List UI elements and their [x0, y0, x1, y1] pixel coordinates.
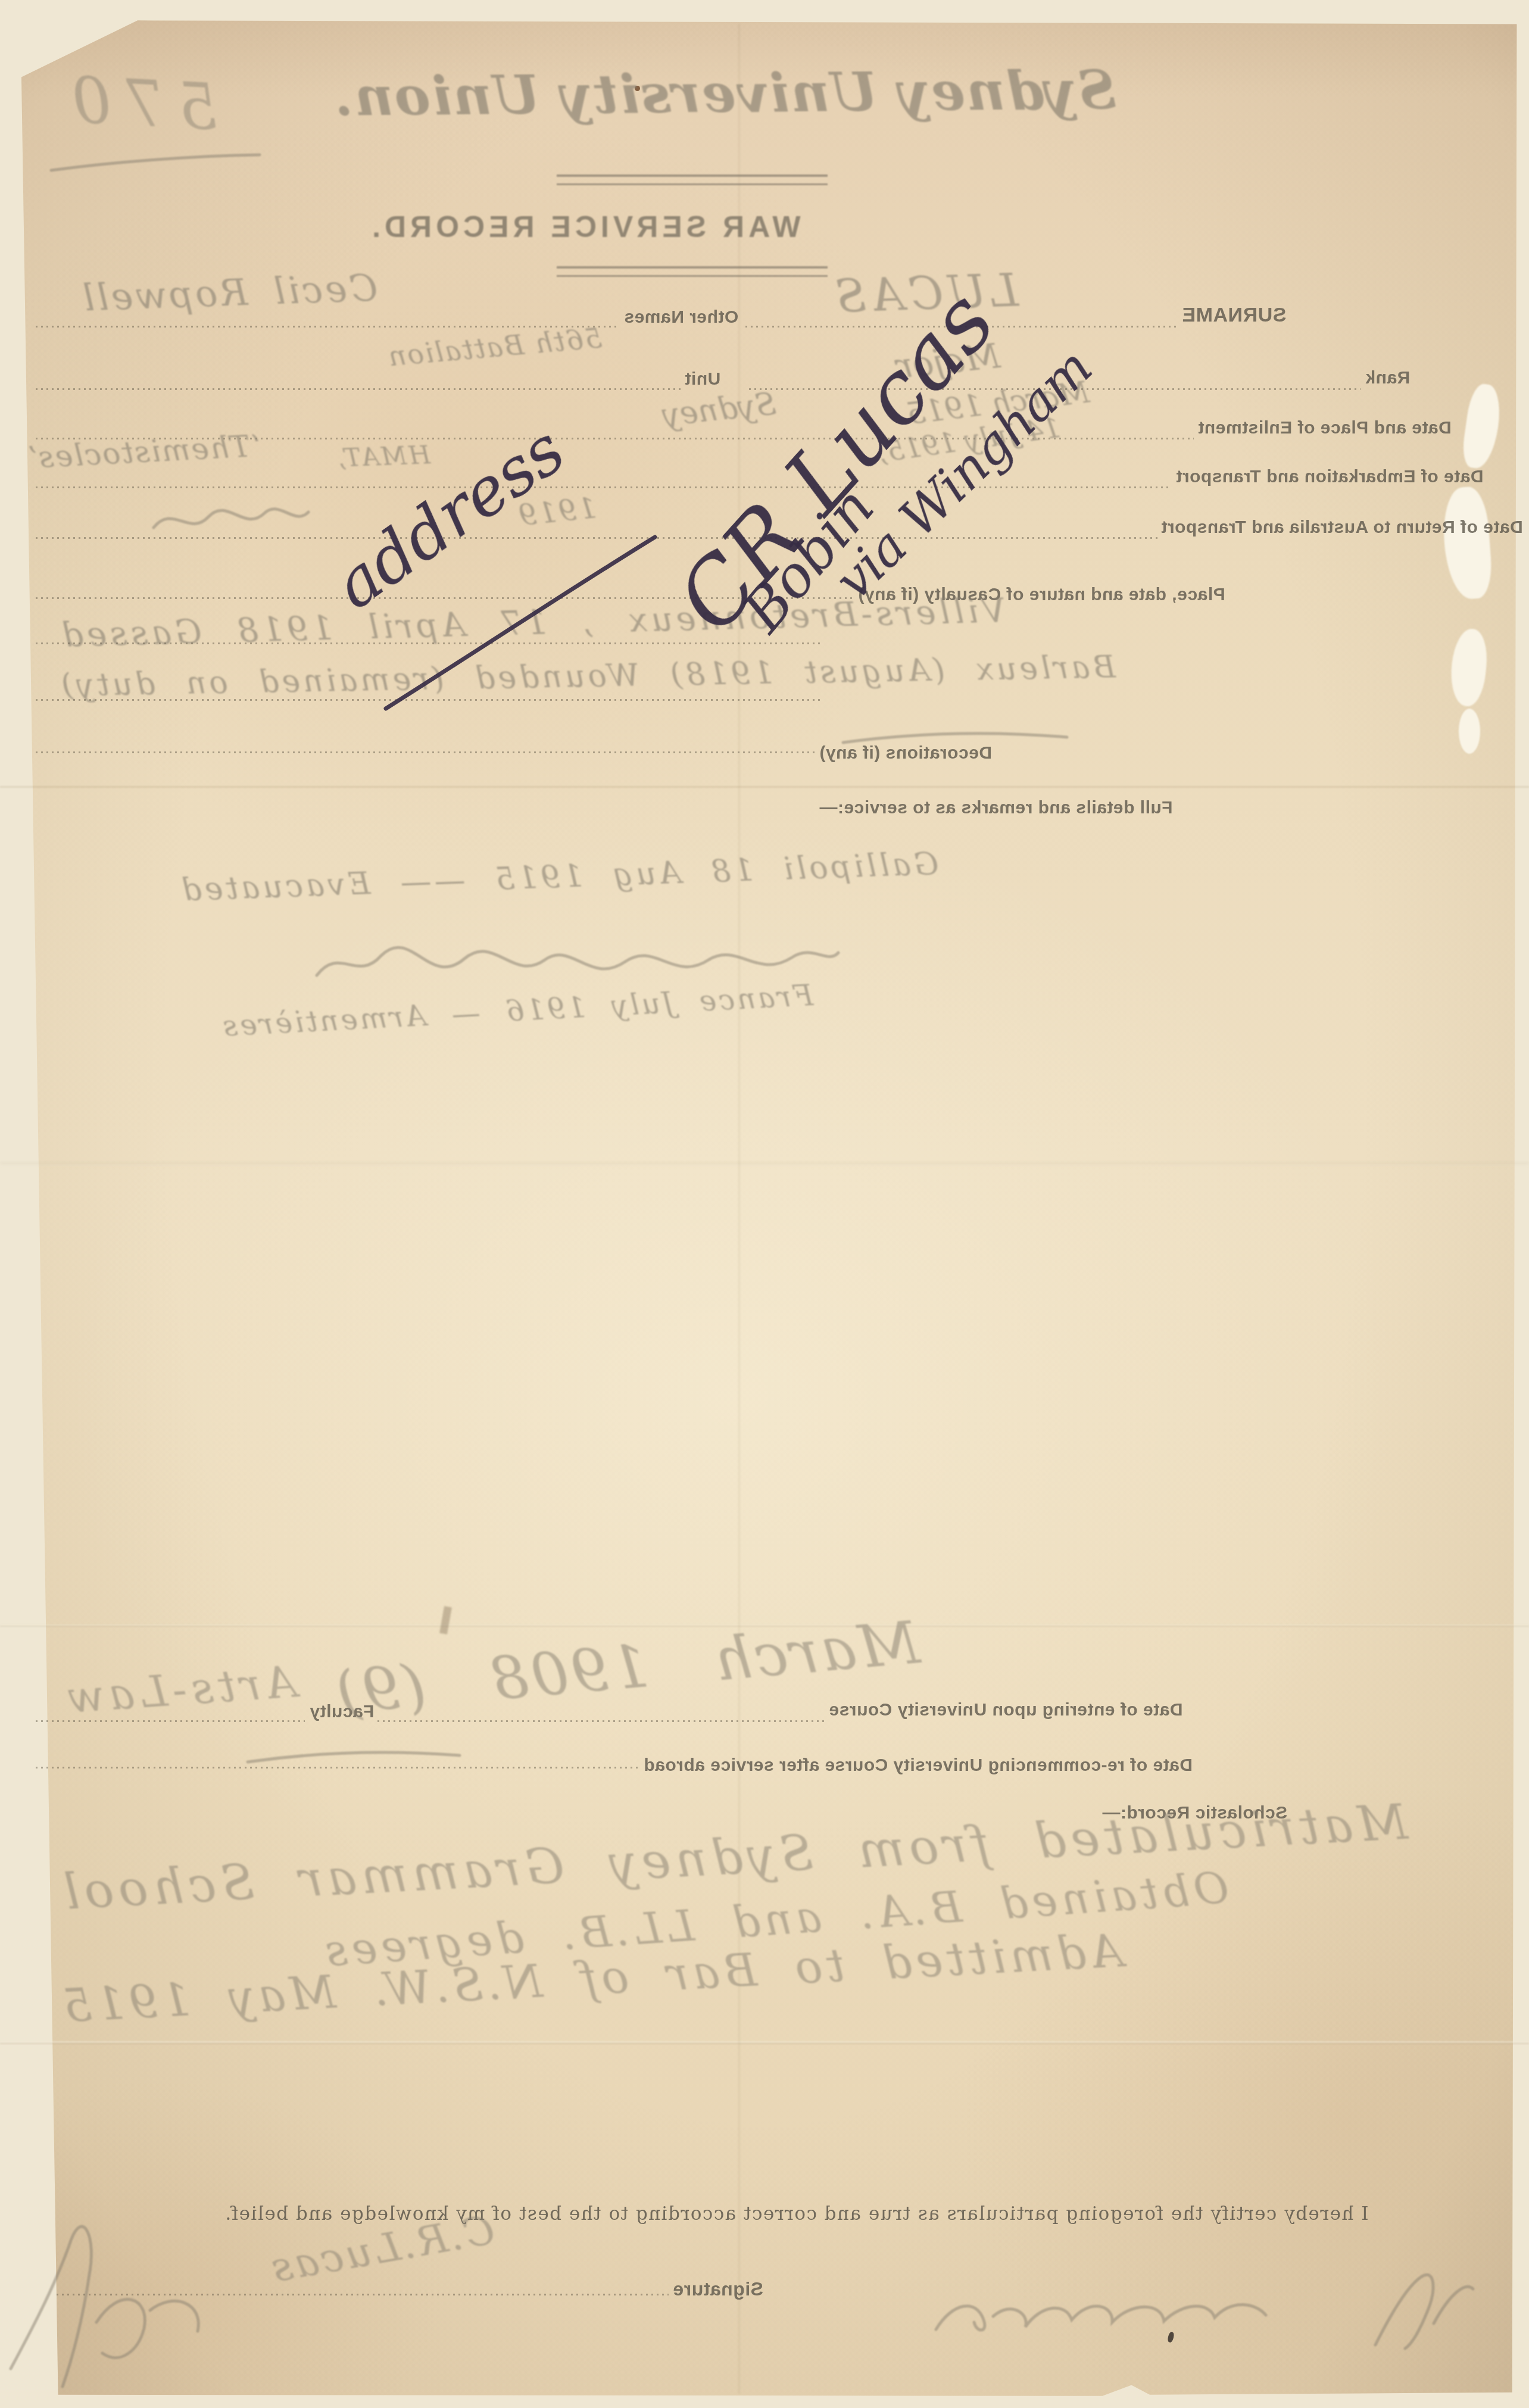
entry-embarkation-ship-prefix: HMAT,	[336, 440, 430, 472]
dotted-line	[377, 1720, 825, 1722]
field-label-unit: Unit	[685, 369, 720, 389]
field-label-recommence: Date of re-commencing University Course …	[644, 1755, 1193, 1776]
header-rule-bottom	[557, 266, 828, 277]
dotted-line	[36, 1767, 640, 1768]
header-organization: Sydney University Union.	[333, 58, 1116, 128]
field-label-enlistment: Date and Place of Enlistment	[1198, 418, 1452, 438]
paper-damage-spot	[1459, 709, 1480, 754]
header-rule-top	[557, 174, 828, 185]
field-label-decorations: Decorations (if any)	[819, 743, 992, 763]
field-label-other-names: Other Names	[624, 307, 738, 327]
field-label-surname: SURNAME	[1182, 304, 1286, 327]
field-label-signature: Signature	[673, 2278, 763, 2300]
fold-crease-vertical	[738, 24, 740, 2394]
field-label-course-entry: Date of entering upon University Course	[829, 1700, 1183, 1720]
dotted-line	[36, 642, 823, 644]
pencil-page-number: 570	[57, 63, 220, 144]
dotted-line	[36, 388, 681, 390]
field-label-full-details: Full details and remarks as to service:—	[819, 798, 1173, 818]
field-label-embarkation: Date of Embarkation and Transport	[1176, 467, 1484, 487]
dotted-line	[36, 699, 823, 701]
dotted-line	[36, 751, 815, 753]
field-label-return: Date of Return to Australia and Transpor…	[1161, 517, 1523, 538]
paper-sheet	[0, 0, 1529, 2408]
dotted-line	[36, 537, 1158, 539]
dotted-line	[36, 486, 1172, 488]
certification-text: I hereby certify the foregoing particula…	[224, 2203, 1369, 2225]
field-label-rank: Rank	[1365, 368, 1410, 388]
scanned-document-canvas: Sydney University Union. WAR SERVICE REC…	[0, 0, 1529, 2408]
header-title: WAR SERVICE RECORD.	[368, 210, 801, 244]
dotted-line	[57, 2294, 669, 2295]
